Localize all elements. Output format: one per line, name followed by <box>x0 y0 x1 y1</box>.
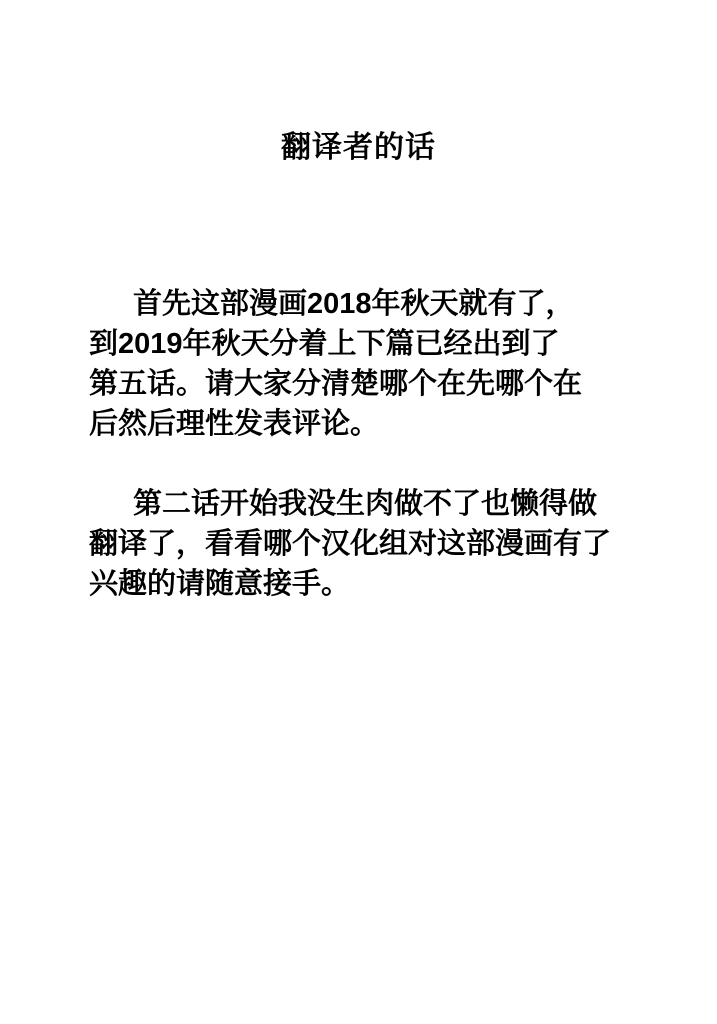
paragraph-handover-note: 第二话开始我没生肉做不了也懒得做 翻译了，看看哪个汉化组对这部漫画有了 兴趣的请… <box>89 484 659 604</box>
translator-note-page: 翻译者的话 首先这部漫画2018年秋天就有了， 到2019年秋天分着上下篇已经出… <box>0 0 717 1024</box>
note-body: 首先这部漫画2018年秋天就有了， 到2019年秋天分着上下篇已经出到了 第五话… <box>89 284 659 604</box>
paragraph-first-release-note: 首先这部漫画2018年秋天就有了， 到2019年秋天分着上下篇已经出到了 第五话… <box>89 284 659 444</box>
body-line: 到2019年秋天分着上下篇已经出到了 <box>89 324 659 364</box>
body-line: 翻译了，看看哪个汉化组对这部漫画有了 <box>89 524 659 564</box>
body-line: 后然后理性发表评论。 <box>89 404 659 444</box>
page-title: 翻译者的话 <box>0 131 717 165</box>
body-line: 首先这部漫画2018年秋天就有了， <box>89 284 659 324</box>
body-line: 第五话。请大家分清楚哪个在先哪个在 <box>89 364 659 404</box>
body-line: 第二话开始我没生肉做不了也懒得做 <box>89 484 659 524</box>
body-line: 兴趣的请随意接手。 <box>89 564 659 604</box>
